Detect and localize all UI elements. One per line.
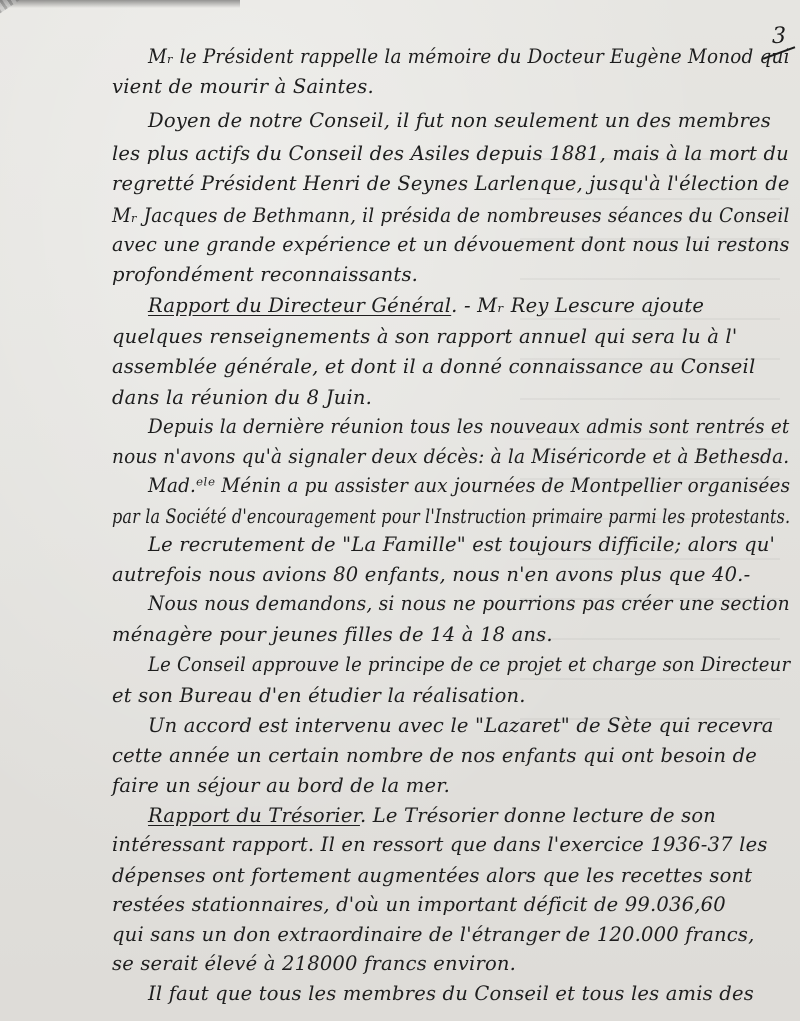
line-text: faire un séjour au bord de la mer. [112, 774, 450, 797]
text-line: intéressant rapport. Il en ressort que d… [112, 833, 768, 857]
line-text: Mᵣ Jacques de Bethmann, il présida de no… [112, 204, 790, 227]
line-text: Depuis la dernière réunion tous les nouv… [148, 415, 790, 438]
text-line: par la Société d'encouragement pour l'In… [112, 505, 790, 529]
text-line: et son Bureau d'en étudier la réalisatio… [112, 684, 526, 708]
text-line: cette année un certain nombre de nos enf… [112, 744, 757, 768]
text-line: qui sans un don extraordinaire de l'étra… [112, 923, 755, 947]
line-text: les plus actifs du Conseil des Asiles de… [112, 142, 789, 165]
line-text: intéressant rapport. Il en ressort que d… [112, 833, 768, 856]
line-text: Mᵣ le Président rappelle la mémoire du D… [148, 45, 790, 68]
line-text: et son Bureau d'en étudier la réalisatio… [112, 684, 526, 707]
section-line: Rapport du Trésorier. Le Trésorier donne… [148, 804, 716, 828]
line-text: Doyen de notre Conseil, il fut non seule… [148, 109, 771, 132]
text-line: Depuis la dernière réunion tous les nouv… [148, 415, 790, 439]
line-text: Un accord est intervenu avec le "Lazaret… [148, 714, 774, 737]
line-text: vient de mourir à Saintes. [112, 75, 374, 98]
line-text: profondément reconnaissants. [112, 263, 418, 286]
line-text: ménagère pour jeunes filles de 14 à 18 a… [112, 623, 553, 646]
document-page: 3 Mᵣ le Président rappelle la mémoire du… [0, 0, 800, 1021]
line-text: assemblée générale, et dont il a donné c… [112, 355, 755, 378]
text-line: quelques renseignements à son rapport an… [112, 325, 737, 349]
line-text: qui sans un don extraordinaire de l'étra… [112, 923, 755, 946]
text-line: ménagère pour jeunes filles de 14 à 18 a… [112, 623, 553, 647]
text-line: les plus actifs du Conseil des Asiles de… [112, 142, 789, 166]
line-text: par la Société d'encouragement pour l'In… [112, 505, 790, 528]
line-text: dans la réunion du 8 Juin. [112, 386, 372, 409]
line-text: Le Conseil approuve le principe de ce pr… [148, 653, 790, 676]
text-line: Mᵣ Jacques de Bethmann, il présida de no… [112, 204, 790, 228]
text-line: Mᵣ le Président rappelle la mémoire du D… [148, 45, 790, 69]
text-line: faire un séjour au bord de la mer. [112, 774, 450, 798]
line-text: restées stationnaires, d'où un important… [112, 893, 726, 916]
text-line: dépenses ont fortement augmentées alors … [112, 864, 752, 888]
line-text: cette année un certain nombre de nos enf… [112, 744, 757, 767]
text-line: Nous nous demandons, si nous ne pourrion… [148, 592, 790, 616]
line-text: Le recrutement de "La Famille" est toujo… [148, 533, 775, 556]
text-line: Mad.ᵉˡᵉ Ménin a pu assister aux journées… [148, 474, 790, 498]
text-line: profondément reconnaissants. [112, 263, 418, 287]
line-text: dépenses ont fortement augmentées alors … [112, 864, 752, 887]
text-line: se serait élevé à 218000 francs environ. [112, 952, 516, 976]
line-text: Il faut que tous les membres du Conseil … [148, 982, 754, 1005]
section-line: Rapport du Directeur Général. - Mᵣ Rey L… [148, 294, 704, 318]
text-line: dans la réunion du 8 Juin. [112, 386, 372, 410]
text-line: Un accord est intervenu avec le "Lazaret… [148, 714, 774, 738]
line-text: nous n'avons qu'à signaler deux décès: à… [112, 445, 789, 468]
text-line: assemblée générale, et dont il a donné c… [112, 355, 755, 379]
text-line: Le Conseil approuve le principe de ce pr… [148, 653, 790, 677]
text-line: vient de mourir à Saintes. [112, 75, 374, 99]
line-text: . Le Trésorier donne lecture de son [360, 804, 716, 827]
line-text: se serait élevé à 218000 francs environ. [112, 952, 516, 975]
section-heading: Rapport du Trésorier [148, 804, 360, 827]
text-line: Il faut que tous les membres du Conseil … [148, 982, 754, 1006]
binding-shadow [0, 0, 240, 8]
line-text: . - Mᵣ Rey Lescure ajoute [451, 294, 704, 317]
text-line: autrefois nous avions 80 enfants, nous n… [112, 563, 750, 587]
text-line: Doyen de notre Conseil, il fut non seule… [148, 109, 771, 133]
text-line: Le recrutement de "La Famille" est toujo… [148, 533, 775, 557]
line-text: quelques renseignements à son rapport an… [112, 325, 737, 348]
text-line: restées stationnaires, d'où un important… [112, 893, 726, 917]
text-line: avec une grande expérience et un dévouem… [112, 233, 790, 257]
line-text: Mad.ᵉˡᵉ Ménin a pu assister aux journées… [148, 474, 790, 497]
line-text: avec une grande expérience et un dévouem… [112, 233, 790, 256]
line-text: autrefois nous avions 80 enfants, nous n… [112, 563, 750, 586]
text-line: regretté Président Henri de Seynes Larle… [112, 172, 790, 196]
line-text: regretté Président Henri de Seynes Larle… [112, 172, 790, 195]
line-text: Nous nous demandons, si nous ne pourrion… [148, 592, 790, 615]
text-line: nous n'avons qu'à signaler deux décès: à… [112, 445, 789, 469]
section-heading: Rapport du Directeur Général [148, 294, 451, 317]
